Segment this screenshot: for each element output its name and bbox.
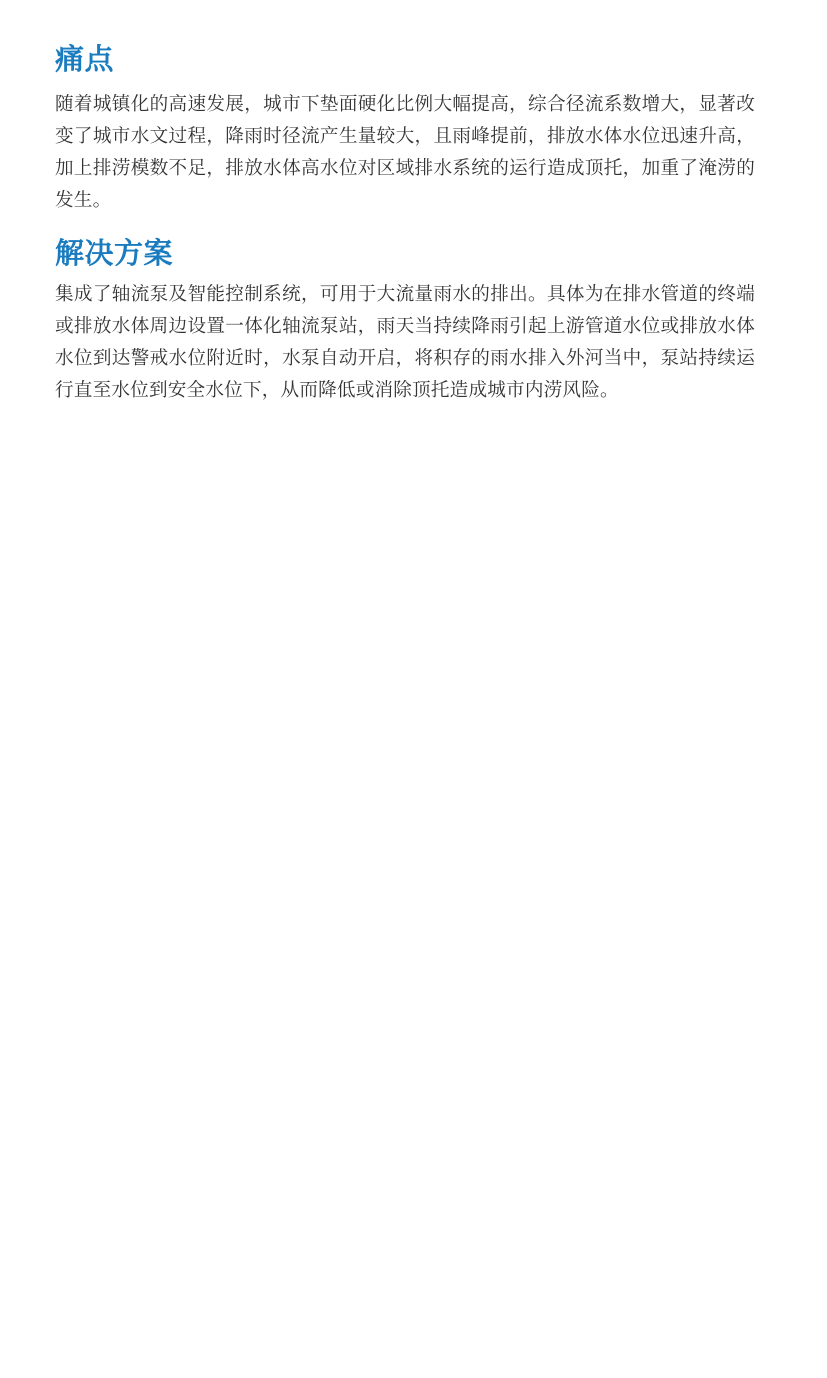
solution-paragraph: 集成了轴流泵及智能控制系统，可用于大流量雨水的排出。具体为在排水管道的终端或排放… <box>55 279 755 407</box>
document-page: 痛点 随着城镇化的高速发展，城市下垫面硬化比例大幅提高，综合径流系数增大，显著改… <box>0 0 755 407</box>
pain-point-paragraph: 随着城镇化的高速发展，城市下垫面硬化比例大幅提高，综合径流系数增大，显著改变了城… <box>55 89 755 217</box>
solution-section: 解决方案 集成了轴流泵及智能控制系统，可用于大流量雨水的排出。具体为在排水管道的… <box>55 234 755 407</box>
solution-heading: 解决方案 <box>55 234 755 272</box>
pain-point-section: 痛点 随着城镇化的高速发展，城市下垫面硬化比例大幅提高，综合径流系数增大，显著改… <box>55 40 755 217</box>
pain-point-heading: 痛点 <box>55 40 755 78</box>
